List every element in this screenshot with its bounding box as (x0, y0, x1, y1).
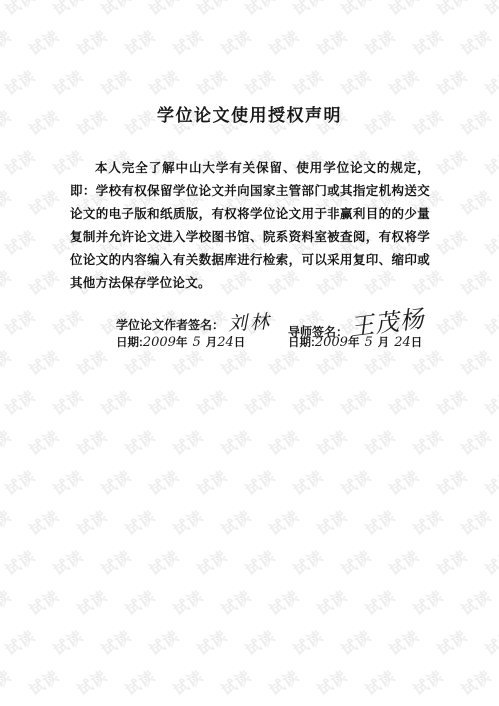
watermark-text: 试读 (217, 585, 255, 620)
author-date-day: 24 (217, 335, 234, 350)
watermark-text: 试读 (385, 545, 423, 580)
watermark-text: 试读 (457, 425, 495, 460)
watermark-text: 试读 (361, 505, 399, 540)
watermark-text: 试读 (481, 65, 499, 100)
watermark-text: 试读 (0, 265, 15, 300)
watermark-text: 试读 (433, 465, 471, 500)
watermark-text: 试读 (457, 265, 495, 300)
watermark-text: 试读 (217, 425, 255, 460)
watermark-text: 试读 (169, 345, 207, 380)
watermark-text: 试读 (1, 465, 39, 500)
watermark-text: 试读 (409, 665, 447, 700)
watermark-text: 试读 (73, 665, 111, 700)
author-date-month-unit: 月 (206, 337, 218, 349)
watermark-text: 试读 (481, 385, 499, 420)
watermark-text: 试读 (193, 385, 231, 420)
watermark-text: 试读 (121, 505, 159, 540)
supervisor-date-year: 2009 (315, 335, 348, 350)
watermark-text: 试读 (97, 65, 135, 100)
watermark-text: 试读 (481, 0, 499, 20)
watermark-text: 试读 (409, 345, 447, 380)
watermark-text: 试读 (337, 65, 375, 100)
watermark-text: 试读 (121, 585, 159, 620)
watermark-text: 试读 (145, 545, 183, 580)
watermark-text: 试读 (433, 225, 471, 260)
watermark-text: 试读 (433, 545, 471, 580)
watermark-text: 试读 (313, 25, 351, 60)
watermark-text: 试读 (337, 545, 375, 580)
watermark-text: 试读 (265, 585, 303, 620)
watermark-text: 试读 (481, 465, 499, 500)
watermark-text: 试读 (121, 665, 159, 700)
watermark-text: 试读 (169, 25, 207, 60)
watermark-text: 试读 (457, 585, 495, 620)
watermark-text: 试读 (241, 0, 279, 20)
watermark-text: 试读 (337, 0, 375, 20)
watermark-text: 试读 (97, 465, 135, 500)
watermark-text: 试读 (25, 25, 63, 60)
watermark-text: 试读 (433, 145, 471, 180)
watermark-text: 试读 (145, 385, 183, 420)
watermark-text: 试读 (433, 65, 471, 100)
watermark-text: 试读 (289, 465, 327, 500)
watermark-text: 试读 (457, 665, 495, 700)
watermark-text: 试读 (169, 585, 207, 620)
watermark-text: 试读 (361, 585, 399, 620)
watermark-text: 试读 (73, 345, 111, 380)
watermark-text: 试读 (241, 625, 279, 660)
supervisor-signature-line: 导师签名：王茂杨 (288, 308, 425, 330)
watermark-text: 试读 (25, 265, 63, 300)
watermark-text: 试读 (457, 505, 495, 540)
watermark-text: 试读 (457, 345, 495, 380)
author-date-day-unit: 日 (234, 337, 246, 349)
watermark-text: 试读 (25, 425, 63, 460)
watermark-text: 试读 (97, 625, 135, 660)
watermark-text: 试读 (1, 0, 39, 20)
watermark-text: 试读 (385, 0, 423, 20)
watermark-text: 试读 (409, 425, 447, 460)
watermark-text: 试读 (433, 625, 471, 660)
watermark-text: 试读 (169, 665, 207, 700)
watermark-text: 试读 (0, 425, 15, 460)
watermark-text: 试读 (1, 145, 39, 180)
supervisor-date-day-unit: 日 (411, 337, 423, 349)
signature-area: 学位论文作者签名：刘林 日期:2009年5月24日 导师签名：王茂杨 日期:20… (116, 308, 446, 350)
watermark-text: 试读 (1, 385, 39, 420)
watermark-text: 试读 (265, 25, 303, 60)
author-signature-block: 学位论文作者签名：刘林 日期:2009年5月24日 (116, 308, 284, 350)
watermark-text: 试读 (97, 385, 135, 420)
watermark-text: 试读 (25, 665, 63, 700)
watermark-text: 试读 (25, 585, 63, 620)
watermark-text: 试读 (0, 665, 15, 700)
watermark-text: 试读 (97, 545, 135, 580)
watermark-text: 试读 (0, 505, 15, 540)
watermark-text: 试读 (361, 425, 399, 460)
watermark-text: 试读 (385, 465, 423, 500)
supervisor-date-prefix: 日期: (288, 337, 315, 349)
watermark-text: 试读 (0, 585, 15, 620)
watermark-text: 试读 (49, 465, 87, 500)
watermark-text: 试读 (313, 665, 351, 700)
watermark-text: 试读 (289, 625, 327, 660)
author-date-line: 日期:2009年5月24日 (116, 334, 284, 350)
watermark-text: 试读 (337, 465, 375, 500)
watermark-text: 试读 (97, 0, 135, 20)
watermark-text: 试读 (193, 625, 231, 660)
thesis-authorization-page: 试读试读试读试读试读试读试读试读试读试读试读试读试读试读试读试读试读试读试读试读… (0, 0, 499, 706)
watermark-text: 试读 (289, 0, 327, 20)
watermark-text: 试读 (313, 505, 351, 540)
watermark-text: 试读 (25, 345, 63, 380)
watermark-text: 试读 (193, 545, 231, 580)
watermark-text: 试读 (337, 385, 375, 420)
watermark-text: 试读 (313, 425, 351, 460)
watermark-text: 试读 (313, 585, 351, 620)
supervisor-signature-block: 导师签名：王茂杨 日期:2009年5月24日 (288, 308, 425, 350)
watermark-text: 试读 (0, 185, 15, 220)
watermark-text: 试读 (481, 545, 499, 580)
watermark-text: 试读 (241, 545, 279, 580)
watermark-text: 试读 (25, 505, 63, 540)
watermark-text: 试读 (169, 505, 207, 540)
watermark-text: 试读 (385, 65, 423, 100)
watermark-text: 试读 (73, 425, 111, 460)
watermark-text: 试读 (217, 345, 255, 380)
watermark-text: 试读 (457, 25, 495, 60)
watermark-text: 试读 (313, 345, 351, 380)
watermark-text: 试读 (385, 625, 423, 660)
watermark-text: 试读 (241, 385, 279, 420)
watermark-text: 试读 (433, 0, 471, 20)
watermark-text: 试读 (121, 345, 159, 380)
author-date-prefix: 日期: (116, 337, 143, 349)
watermark-text: 试读 (457, 185, 495, 220)
watermark-text: 试读 (289, 545, 327, 580)
author-date-month: 5 (192, 335, 200, 350)
author-date-year-unit: 年 (176, 337, 188, 349)
watermark-text: 试读 (409, 585, 447, 620)
watermark-text: 试读 (217, 505, 255, 540)
watermark-text: 试读 (481, 145, 499, 180)
watermark-text: 试读 (241, 65, 279, 100)
watermark-text: 试读 (73, 585, 111, 620)
watermark-text: 试读 (361, 665, 399, 700)
watermark-text: 试读 (49, 0, 87, 20)
supervisor-date-day: 24 (394, 335, 411, 350)
watermark-text: 试读 (49, 545, 87, 580)
watermark-text: 试读 (0, 345, 15, 380)
watermark-text: 试读 (385, 385, 423, 420)
watermark-text: 试读 (25, 185, 63, 220)
watermark-text: 试读 (433, 385, 471, 420)
author-signature-label: 学位论文作者签名： (116, 318, 224, 332)
watermark-text: 试读 (1, 545, 39, 580)
watermark-text: 试读 (481, 305, 499, 340)
watermark-text: 试读 (265, 665, 303, 700)
watermark-text: 试读 (409, 25, 447, 60)
watermark-text: 试读 (0, 25, 15, 60)
watermark-text: 试读 (121, 425, 159, 460)
watermark-text: 试读 (145, 465, 183, 500)
watermark-text: 试读 (289, 65, 327, 100)
watermark-text: 试读 (1, 305, 39, 340)
body-paragraph: 本人完全了解中山大学有关保留、使用学位论文的规定，即：学校有权保留学位论文并向国… (70, 157, 430, 295)
watermark-text: 试读 (49, 65, 87, 100)
watermark-text: 试读 (49, 625, 87, 660)
watermark-text: 试读 (145, 65, 183, 100)
watermark-text: 试读 (289, 385, 327, 420)
watermark-text: 试读 (145, 625, 183, 660)
watermark-text: 试读 (241, 465, 279, 500)
watermark-text: 试读 (1, 225, 39, 260)
watermark-text: 试读 (49, 305, 87, 340)
watermark-text: 试读 (73, 25, 111, 60)
watermark-text: 试读 (265, 505, 303, 540)
watermark-text: 试读 (1, 625, 39, 660)
author-date-year: 2009 (143, 335, 176, 350)
watermark-text: 试读 (481, 625, 499, 660)
watermark-text: 试读 (193, 65, 231, 100)
watermark-text: 试读 (145, 0, 183, 20)
watermark-text: 试读 (217, 25, 255, 60)
watermark-text: 试读 (193, 0, 231, 20)
author-signature-line: 学位论文作者签名：刘林 (116, 308, 284, 330)
watermark-text: 试读 (1, 65, 39, 100)
watermark-text: 试读 (361, 25, 399, 60)
watermark-text: 试读 (409, 505, 447, 540)
watermark-text: 试读 (265, 345, 303, 380)
page-title: 学位论文使用授权声明 (0, 101, 499, 126)
watermark-text: 试读 (265, 425, 303, 460)
watermark-text: 试读 (217, 665, 255, 700)
watermark-text: 试读 (193, 465, 231, 500)
watermark-text: 试读 (73, 505, 111, 540)
watermark-text: 试读 (169, 425, 207, 460)
watermark-text: 试读 (121, 25, 159, 60)
watermark-text: 试读 (49, 385, 87, 420)
watermark-text: 试读 (481, 225, 499, 260)
watermark-text: 试读 (337, 625, 375, 660)
watermark-text: 试读 (361, 345, 399, 380)
author-signature-name: 刘林 (227, 307, 272, 336)
